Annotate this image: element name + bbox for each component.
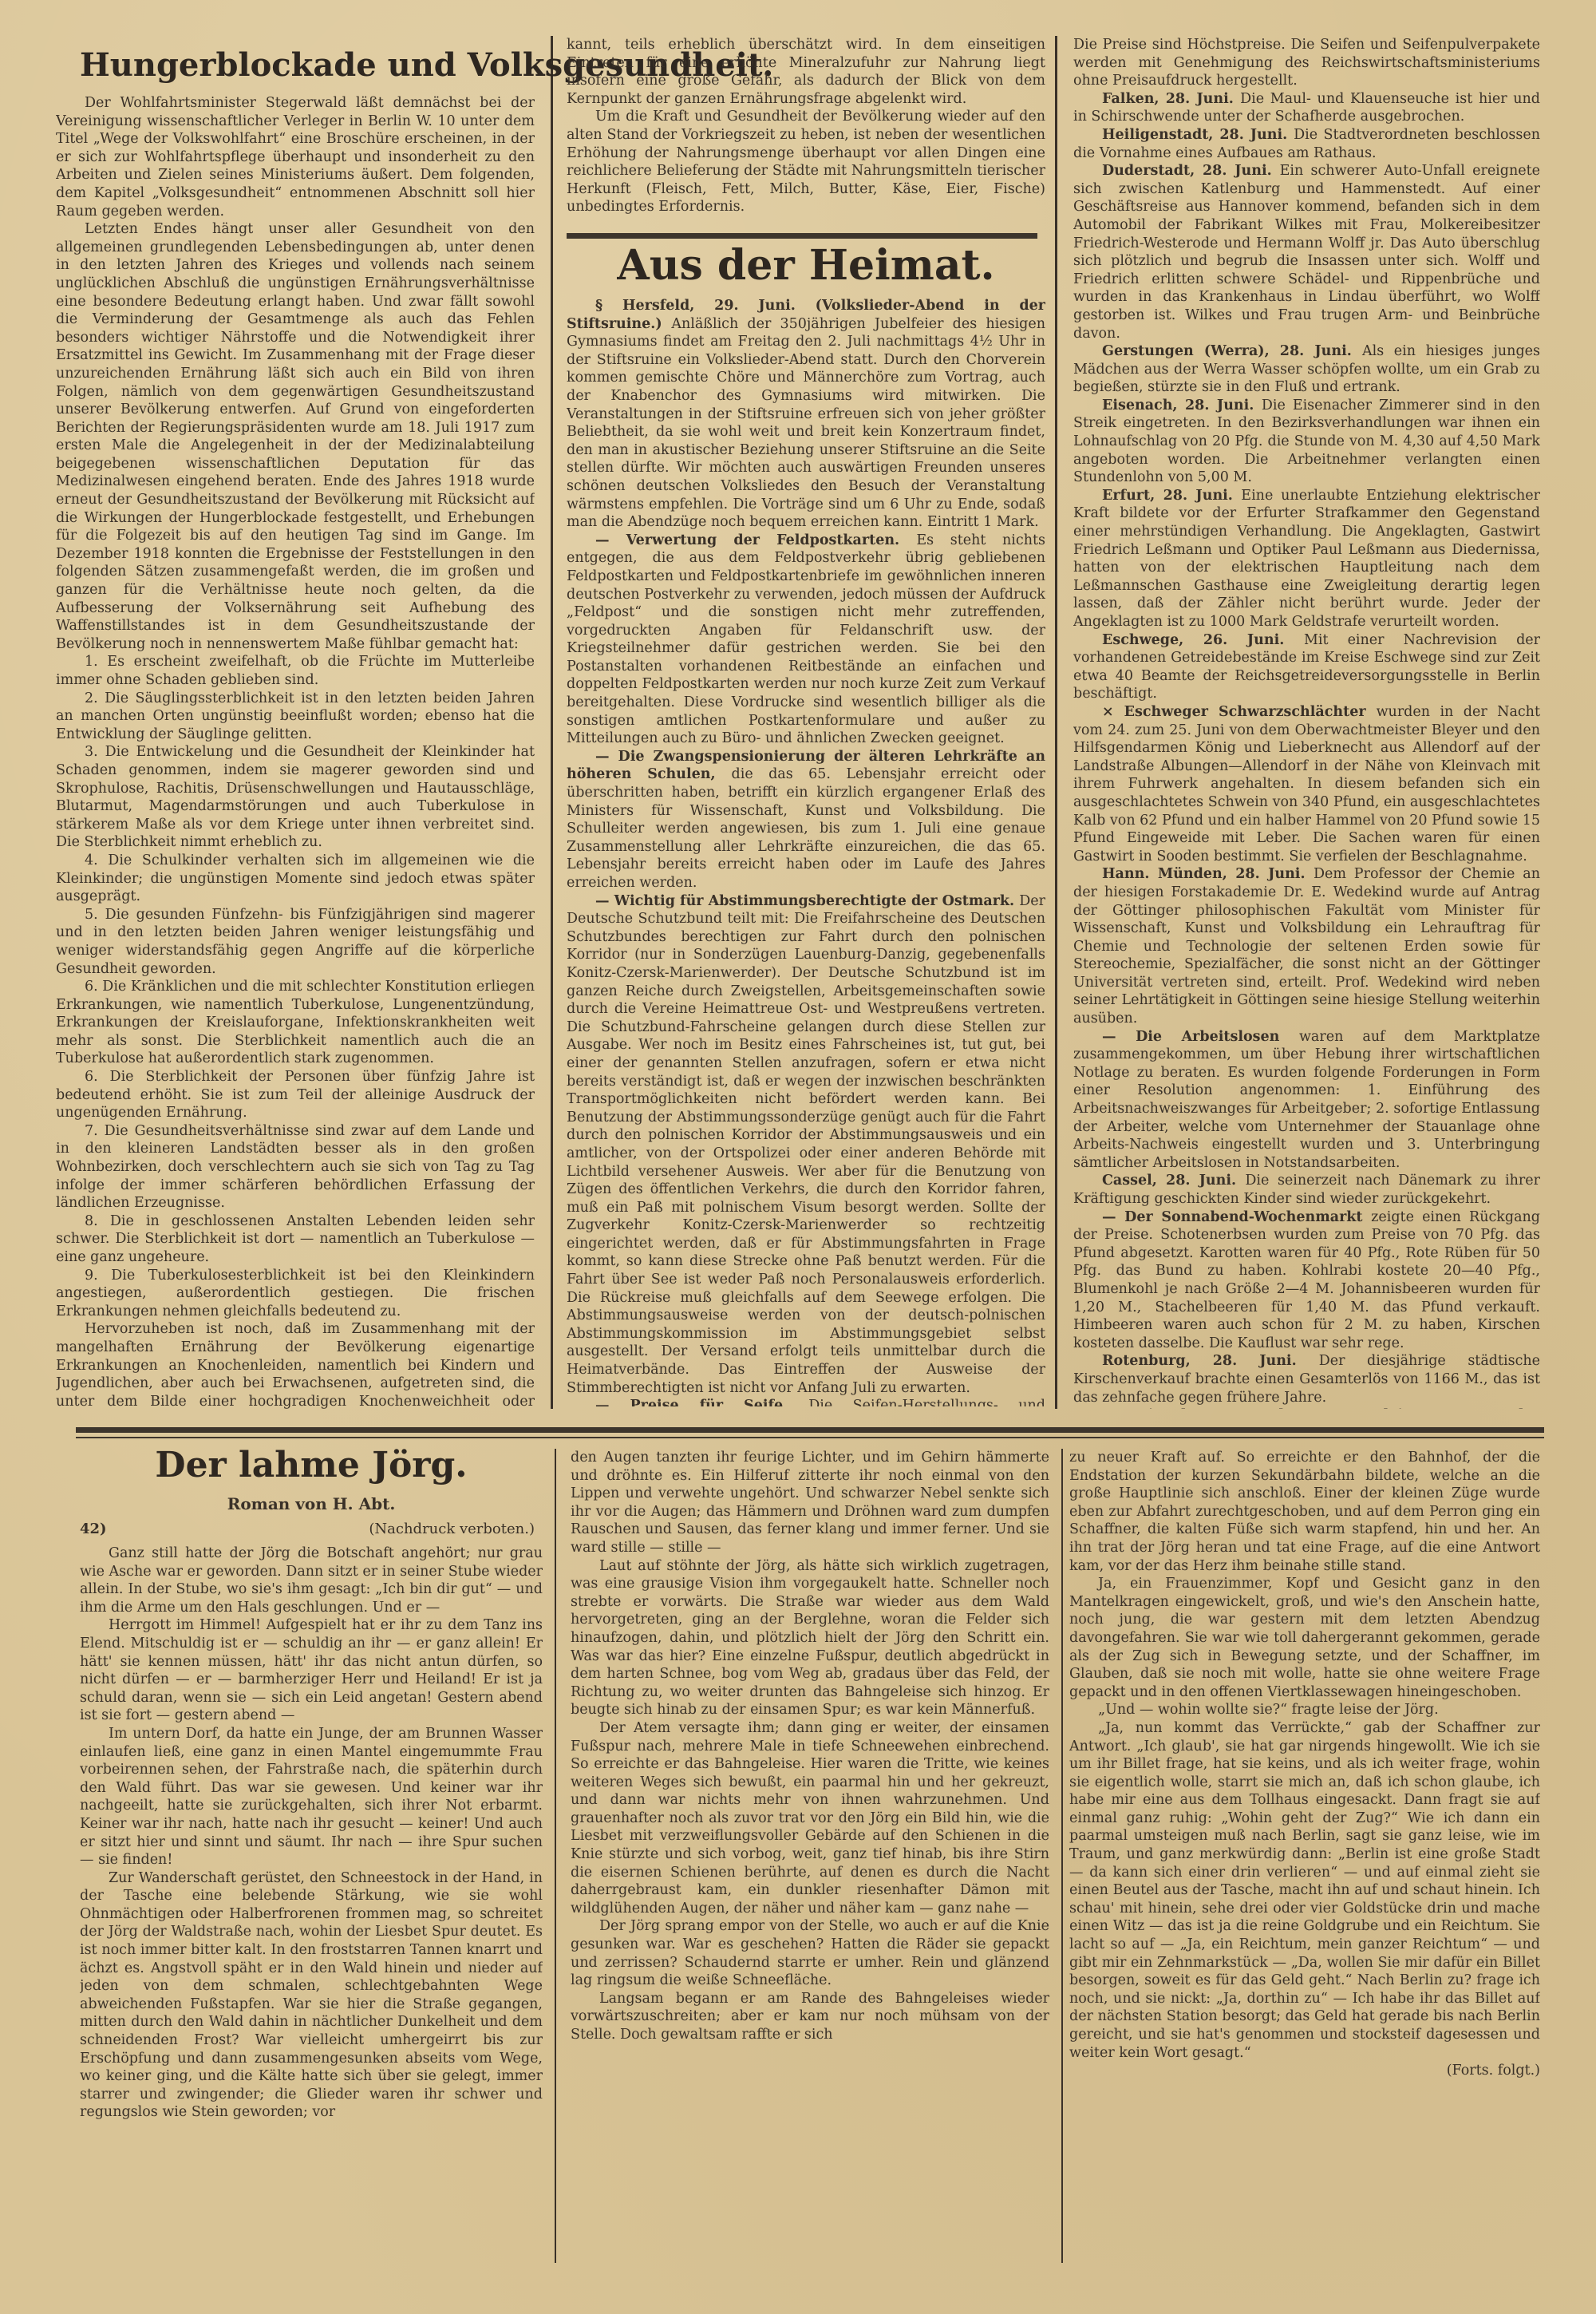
news-item: Duderstadt, 28. Juni. Ein schwerer Auto-… xyxy=(1073,162,1540,342)
serial-paragraph: Zur Wanderschaft gerüstet, den Schneesto… xyxy=(80,1869,543,2122)
paragraph: 6. Die Kränklichen und die mit schlechte… xyxy=(56,978,535,1068)
serial-paragraph: den Augen tanzten ihr feurige Lichter, u… xyxy=(571,1449,1049,1557)
dateline: — Der Sonnabend-Wochenmarkt xyxy=(1102,1209,1371,1225)
news-item: — Die Zwangspensionierung der älteren Le… xyxy=(567,748,1045,892)
news-item: — Der Sonnabend-Wochenmarkt zeigte einen… xyxy=(1073,1208,1540,1353)
paragraph: 6. Die Sterblichkeit der Personen über f… xyxy=(56,1068,535,1122)
installment-number: 42) xyxy=(80,1521,107,1537)
serial-column-3: zu neuer Kraft auf. So erreichte er den … xyxy=(1069,1449,1540,2263)
serial-paragraph: „Und — wohin wollte sie?“ fragte leise d… xyxy=(1069,1701,1540,1719)
serial-paragraph: Der Atem versagte ihm; dann ging er weit… xyxy=(571,1719,1049,1918)
dateline: — Die Zwangspensionierung der älteren Le… xyxy=(567,749,1045,783)
paragraph: 3. Die Entwickelung und die Gesundheit d… xyxy=(56,743,535,852)
serial-column-2: den Augen tanzten ihr feurige Lichter, u… xyxy=(571,1449,1049,2263)
dateline: Falken, 28. Juni. xyxy=(1102,91,1240,107)
serial-paragraph: Im untern Dorf, da hatte ein Junge, der … xyxy=(80,1725,543,1869)
dateline: Eschwege, 26. Juni. xyxy=(1102,632,1304,648)
news-item: — Wichtig für Abstimmungsberechtigte der… xyxy=(567,892,1045,1398)
serial-title: Der lahme Jörg. xyxy=(80,1445,543,1485)
news-item: Gerstungen (Werra), 28. Juni. Als ein hi… xyxy=(1073,342,1540,397)
dateline: Hann. Münden, 28. Juni. xyxy=(1102,866,1314,882)
serial-paragraph: Ja, ein Frauenzimmer, Kopf und Gesicht g… xyxy=(1069,1575,1540,1701)
serial-paragraph: Langsam begann er am Rande des Bahngelei… xyxy=(571,1990,1049,2044)
column-divider xyxy=(1055,36,1057,1409)
news-item: Rotenburg, 28. Juni. Der diesjährige stä… xyxy=(1073,1352,1540,1406)
serial-paragraph: „Ja, nun kommt das Verrückte,“ gab der S… xyxy=(1069,1719,1540,2062)
news-item: — Preise für Seife. Die Seifen-Herstellu… xyxy=(567,1397,1045,1406)
dateline: Duderstadt, 28. Juni. xyxy=(1102,163,1280,179)
news-item: Falken, 28. Juni. Die Maul- und Klauense… xyxy=(1073,90,1540,126)
dateline: — Mit dem Bau des Stromzuleitungsnetzes … xyxy=(1073,1407,1540,1409)
article-body-left: Der Wohlfahrtsminister Stegerwald läßt d… xyxy=(56,94,535,1411)
paragraph: Hervorzuheben ist noch, daß im Zusammenh… xyxy=(56,1320,535,1411)
news-item: — Die Arbeitslosen waren auf dem Marktpl… xyxy=(1073,1028,1540,1173)
dateline: — Die Arbeitslosen xyxy=(1102,1029,1299,1045)
column-divider xyxy=(1061,1449,1063,2263)
article-continuation: kannt, teils erheblich überschätzt wird.… xyxy=(567,36,1045,231)
news-item: — Mit dem Bau des Stromzuleitungsnetzes … xyxy=(1073,1406,1540,1409)
news-item: Die Preise sind Höchstpreise. Die Seifen… xyxy=(1073,36,1540,90)
paragraph: 8. Die in geschlossenen Anstalten Lebend… xyxy=(56,1212,535,1267)
paragraph: 1. Es erscheint zweifelhaft, ob die Früc… xyxy=(56,653,535,689)
serial-paragraph: Herrgott im Himmel! Aufgespielt hat er i… xyxy=(80,1616,543,1725)
paragraph: 5. Die gesunden Fünfzehn- bis Fünfzigjäh… xyxy=(56,906,535,978)
serial-rule-thin xyxy=(76,1437,1544,1438)
reprint-notice: (Nachdruck verboten.) xyxy=(369,1521,535,1537)
dateline: Heiligenstadt, 28. Juni. xyxy=(1102,127,1294,143)
section-headline: Aus der Heimat. xyxy=(567,241,1045,290)
dateline: § Hersfeld, 29. Juni. (Volkslieder-Abend… xyxy=(567,298,1045,332)
news-item: Eisenach, 28. Juni. Die Eisenacher Zimme… xyxy=(1073,397,1540,487)
dateline: Eisenach, 28. Juni. xyxy=(1102,398,1262,413)
news-item: × Eschweger Schwarzschlächter wurden in … xyxy=(1073,703,1540,865)
paragraph: 9. Die Tuberkulosesterblichkeit ist bei … xyxy=(56,1267,535,1321)
dateline: Gerstungen (Werra), 28. Juni. xyxy=(1102,343,1362,359)
dateline: Erfurt, 28. Juni. xyxy=(1102,488,1241,504)
local-news-middle: § Hersfeld, 29. Juni. (Volkslieder-Abend… xyxy=(567,297,1045,1406)
serial-paragraph: Ganz still hatte der Jörg die Botschaft … xyxy=(80,1545,543,1616)
dateline: × Eschweger Schwarzschlächter xyxy=(1102,704,1377,720)
newspaper-page: Hungerblockade und Volksgesundheit. Der … xyxy=(0,0,1596,2314)
news-item: § Hersfeld, 29. Juni. (Volkslieder-Abend… xyxy=(567,297,1045,532)
serial-column-1: Ganz still hatte der Jörg die Botschaft … xyxy=(80,1545,543,2259)
paragraph: 7. Die Gesundheitsverhältnisse sind zwar… xyxy=(56,1122,535,1212)
news-item: Erfurt, 28. Juni. Eine unerlaubte Entzie… xyxy=(1073,487,1540,631)
news-item: Eschwege, 26. Juni. Mit einer Nachrevisi… xyxy=(1073,631,1540,703)
serial-paragraph: Laut auf stöhnte der Jörg, als hätte sic… xyxy=(571,1557,1049,1719)
paragraph: Um die Kraft und Gesundheit der Bevölker… xyxy=(567,108,1045,216)
news-item: Cassel, 28. Juni. Die seinerzeit nach Dä… xyxy=(1073,1172,1540,1208)
serial-meta: 42) (Nachdruck verboten.) xyxy=(80,1521,535,1537)
dateline: Cassel, 28. Juni. xyxy=(1102,1173,1245,1189)
serial-rule xyxy=(76,1427,1544,1433)
continuation-note: (Forts. folgt.) xyxy=(1069,2062,1540,2080)
news-item: Hann. Münden, 28. Juni. Dem Professor de… xyxy=(1073,865,1540,1027)
dateline: — Wichtig für Abstimmungsberechtigte der… xyxy=(595,893,1019,909)
paragraph: Der Wohlfahrtsminister Stegerwald läßt d… xyxy=(56,94,535,220)
column-divider xyxy=(551,36,553,1409)
news-item: — Verwertung der Feldpostkarten. Es steh… xyxy=(567,532,1045,748)
paragraph: 2. Die Säuglingssterblichkeit ist in den… xyxy=(56,690,535,744)
dateline: Rotenburg, 28. Juni. xyxy=(1102,1353,1319,1369)
dateline: — Verwertung der Feldpostkarten. xyxy=(595,532,916,548)
serial-paragraph: zu neuer Kraft auf. So erreichte er den … xyxy=(1069,1449,1540,1575)
section-rule xyxy=(567,233,1037,239)
column-divider xyxy=(555,1449,556,2263)
serial-paragraph: Der Jörg sprang empor von der Stelle, wo… xyxy=(571,1917,1049,1989)
local-news-right: Die Preise sind Höchstpreise. Die Seifen… xyxy=(1073,36,1540,1409)
paragraph: Letzten Endes hängt unser aller Gesundhe… xyxy=(56,220,535,653)
paragraph: 4. Die Schulkinder verhalten sich im all… xyxy=(56,852,535,906)
serial-byline: Roman von H. Abt. xyxy=(80,1494,543,1513)
dateline: — Preise für Seife. xyxy=(595,1398,808,1406)
paragraph: kannt, teils erheblich überschätzt wird.… xyxy=(567,36,1045,108)
news-item: Heiligenstadt, 28. Juni. Die Stadtverord… xyxy=(1073,126,1540,162)
